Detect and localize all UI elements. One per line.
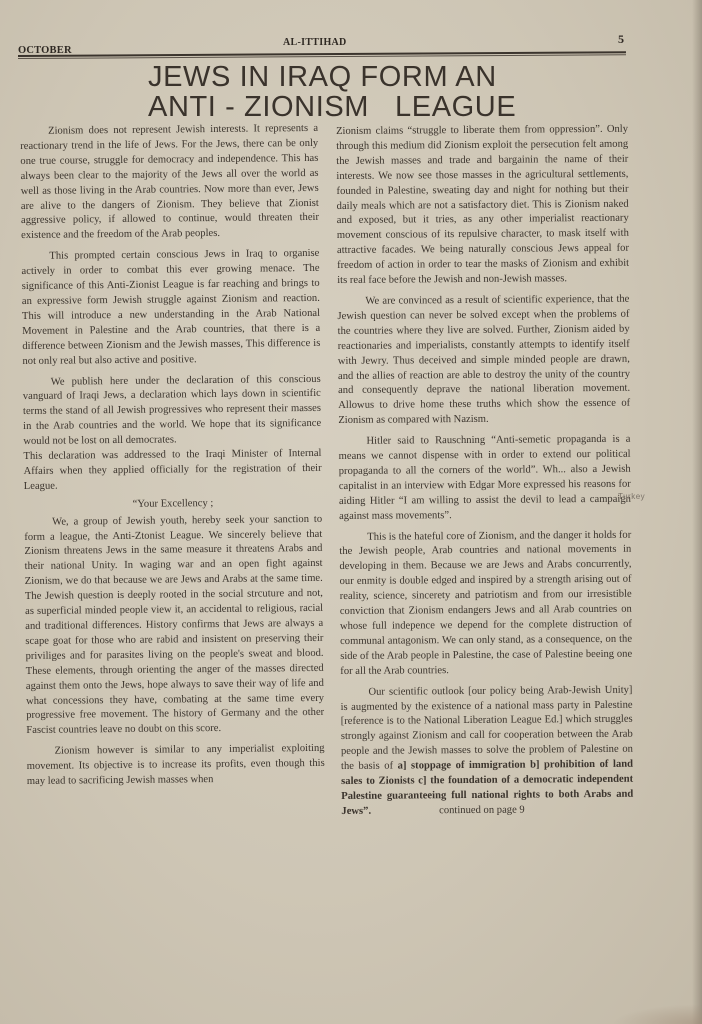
bleed-through-text: Turkey xyxy=(618,492,645,501)
paragraph: Zionism does not represent Jewish intere… xyxy=(20,122,319,244)
paragraph: This is the hateful core of Zionism, and… xyxy=(339,528,632,679)
headline-line-1: JEWS IN IRAQ FORM AN xyxy=(148,62,508,92)
paragraph: Zionism claims “struggle to liberate the… xyxy=(336,123,629,289)
salutation: “Your Excellency ; xyxy=(24,496,322,514)
masthead: OCTOBER AL-ITTIHAD 5 xyxy=(18,32,626,54)
newspaper-page: OCTOBER AL-ITTIHAD 5 JEWS IN IRAQ FORM A… xyxy=(0,0,702,1024)
paragraph: We are convinced as a result of scientif… xyxy=(337,293,630,429)
paragraph: Our scientific outlook [our policy being… xyxy=(340,683,633,819)
page-number: 5 xyxy=(618,32,624,47)
continued-note: continued on page 9 xyxy=(411,803,525,819)
right-column: Zionism claims “struggle to liberate the… xyxy=(336,123,633,826)
paragraph: This declaration was addressed to the Ir… xyxy=(23,447,321,495)
page-edge-shadow xyxy=(692,0,702,1024)
headline-line-2: ANTI - ZIONISM LEAGUE xyxy=(148,92,508,122)
paragraph: This prompted certain conscious Jews in … xyxy=(21,247,320,369)
paragraph: Zionism however is similar to any imperi… xyxy=(26,742,324,790)
corner-shadow xyxy=(612,1004,702,1024)
paragraph: Hitler said to Rauschning “Anti-semetic … xyxy=(338,433,631,525)
publication-name: AL-ITTIHAD xyxy=(283,37,347,48)
paragraph: We, a group of Jewish youth, hereby seek… xyxy=(24,513,324,740)
left-column: Zionism does not represent Jewish intere… xyxy=(20,122,325,796)
article-headline: JEWS IN IRAQ FORM AN ANTI - ZIONISM LEAG… xyxy=(148,62,508,122)
paragraph: We publish here under the declaration of… xyxy=(23,372,322,450)
